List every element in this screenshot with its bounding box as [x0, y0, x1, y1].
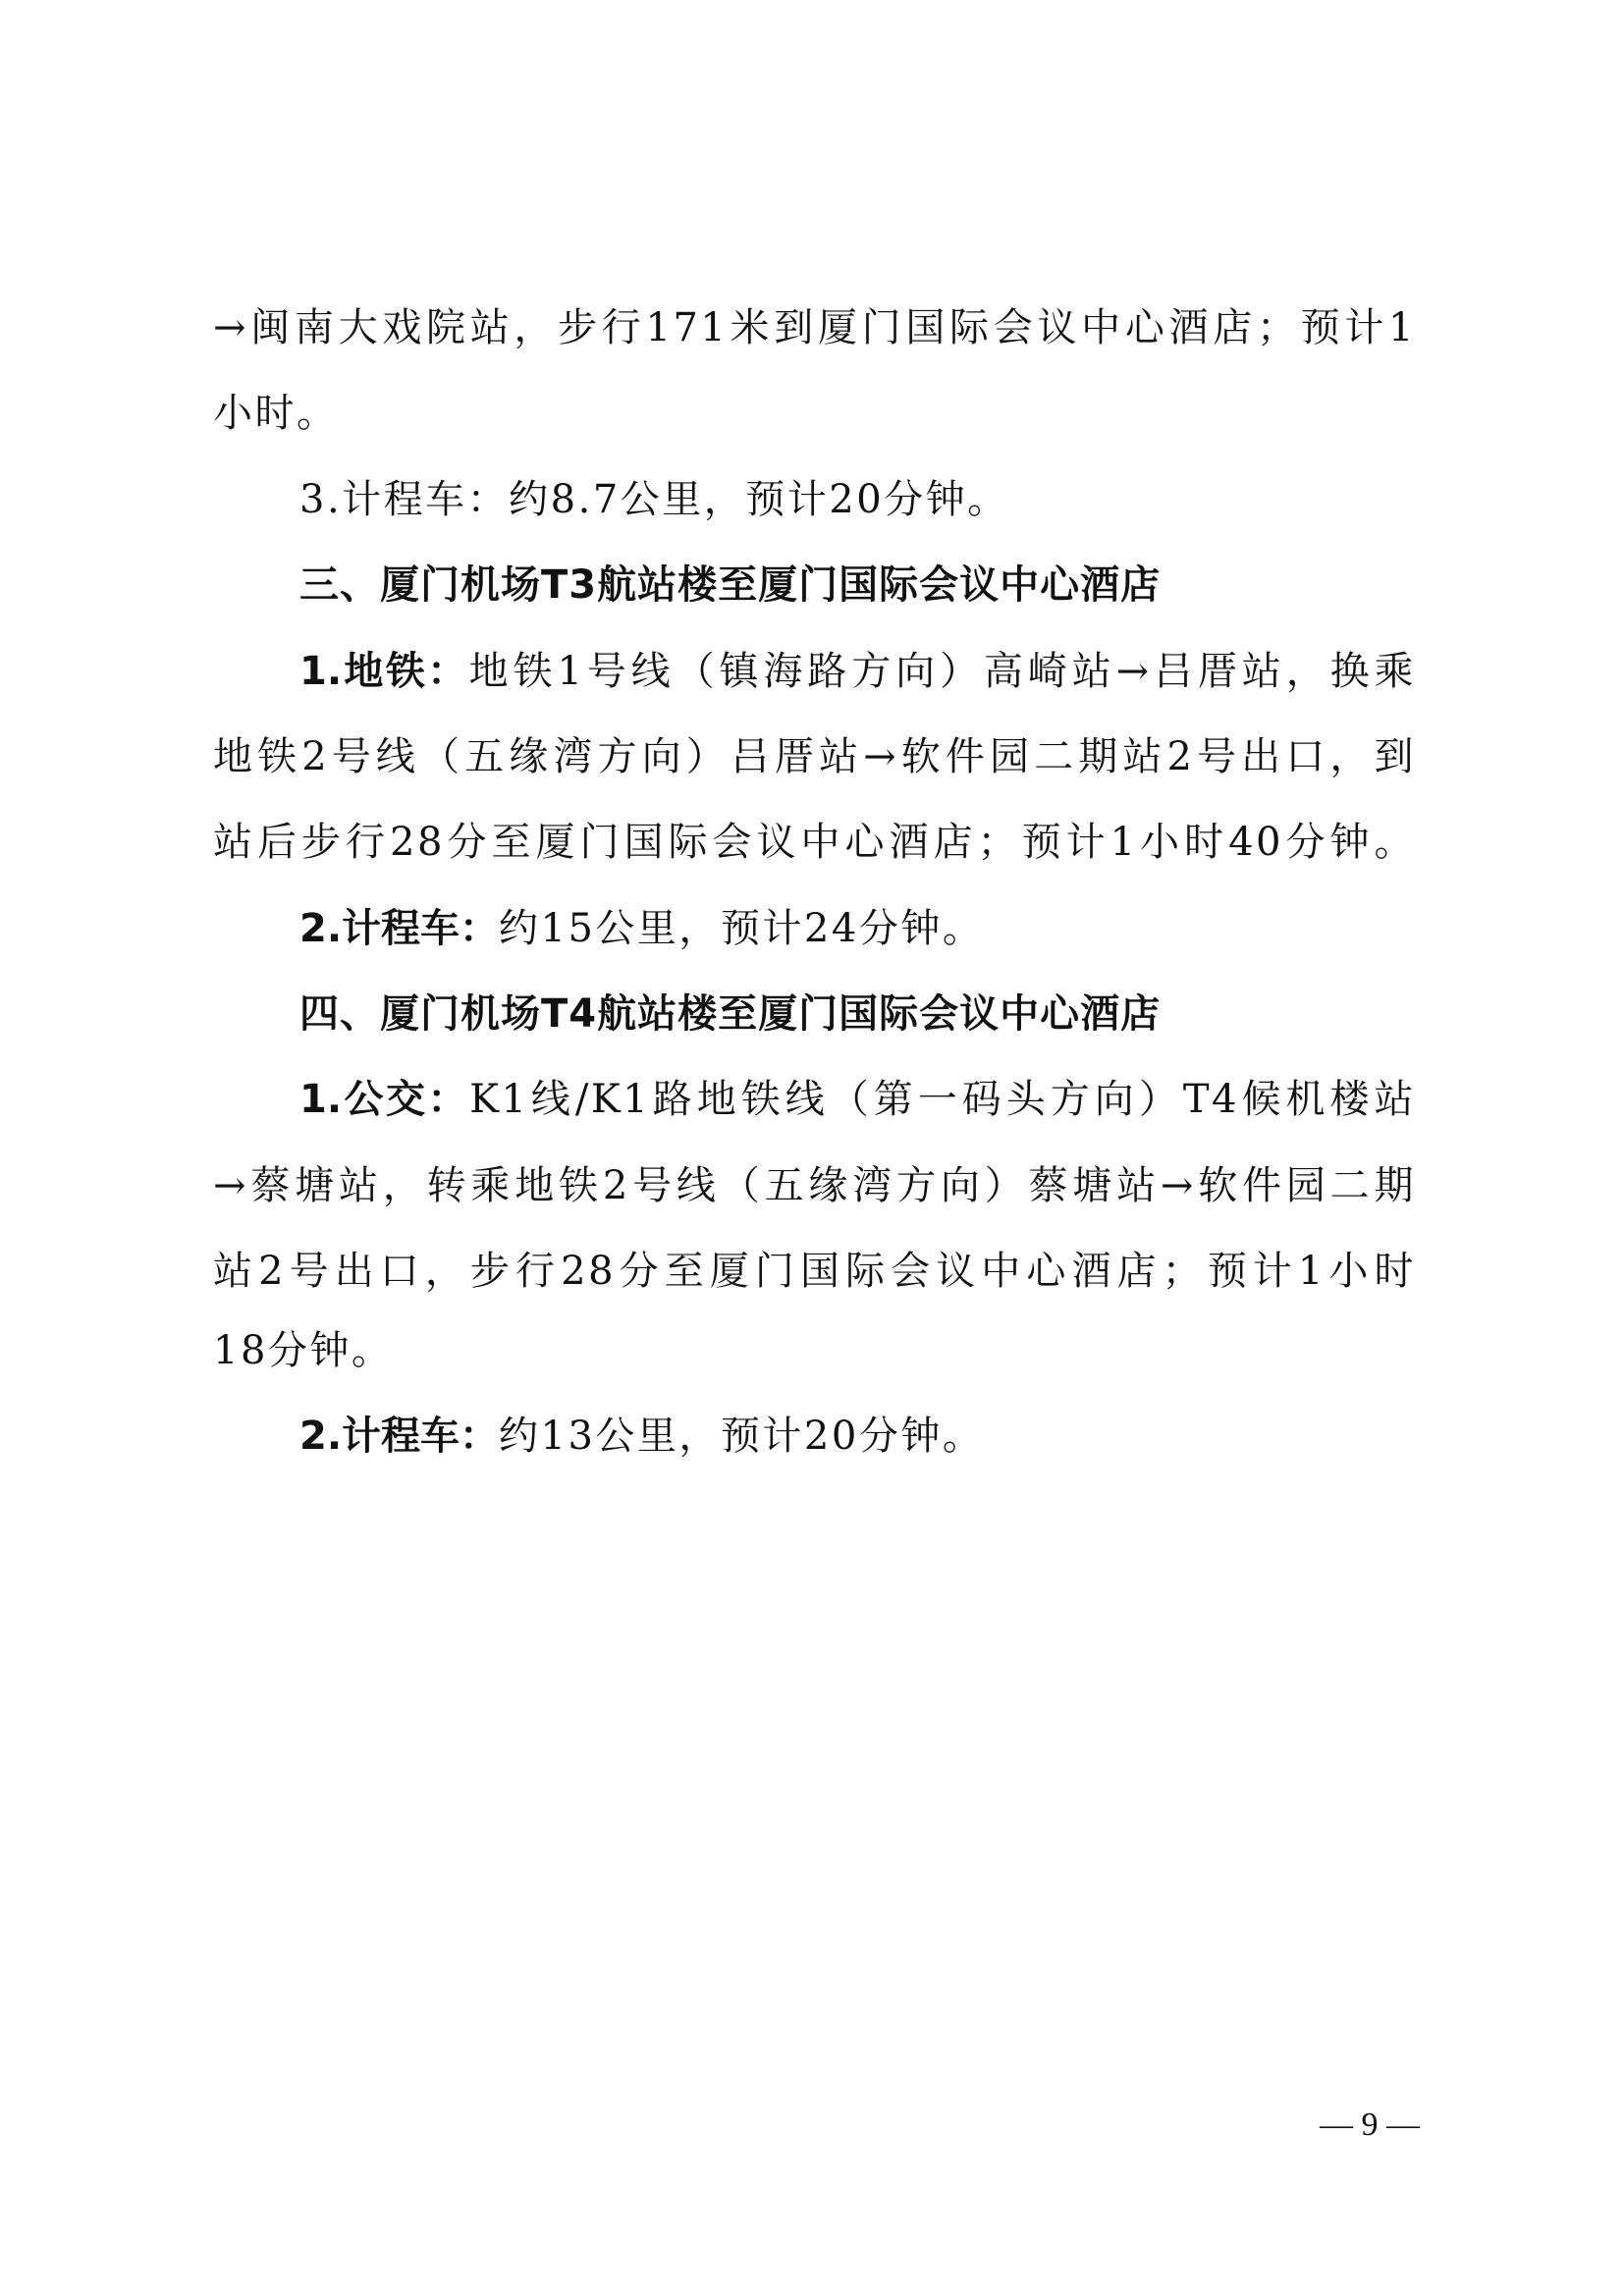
bus-item: 1.公交：K1线/K1路地铁线（第一码头方向）T4候机楼站 [299, 1070, 1416, 1129]
item-label: 2.计程车： [299, 1414, 499, 1459]
paragraph-line: 18分钟。 [213, 1321, 1416, 1380]
item-text: 约15公里，预计24分钟。 [499, 906, 984, 951]
item-label: 2.计程车： [299, 906, 499, 951]
paragraph-line: →蔡塘站，转乘地铁2号线（五缘湾方向）蔡塘站→软件园二期 [213, 1156, 1416, 1215]
metro-item: 1.地铁：地铁1号线（镇海路方向）高崎站→吕厝站，换乘 [299, 642, 1416, 701]
item-text: K1线/K1路地铁线（第一码头方向）T4候机楼站 [469, 1077, 1416, 1122]
paragraph-line: →闽南大戏院站，步行171米到厦门国际会议中心酒店；预计1 [213, 298, 1416, 357]
item-label: 1.地铁： [299, 649, 469, 694]
paragraph-line: 站后步行28分至厦门国际会议中心酒店；预计1小时40分钟。 [213, 813, 1416, 872]
item-text: 约13公里，预计20分钟。 [499, 1414, 984, 1459]
paragraph-line: 小时。 [213, 384, 1416, 443]
paragraph-line: 地铁2号线（五缘湾方向）吕厝站→软件园二期站2号出口，到 [213, 727, 1416, 786]
item-text: 约8.7公里，预计20分钟。 [509, 477, 1009, 522]
page-number: — 9 — [1316, 2101, 1424, 2150]
taxi-item: 3.计程车：约8.7公里，预计20分钟。 [299, 470, 1416, 529]
taxi-item: 2.计程车：约13公里，预计20分钟。 [299, 1407, 1416, 1466]
document-page: →闽南大戏院站，步行171米到厦门国际会议中心酒店；预计1 小时。 3.计程车：… [0, 0, 1624, 2296]
paragraph-line: 站2号出口，步行28分至厦门国际会议中心酒店；预计1小时 [213, 1242, 1416, 1301]
taxi-item: 2.计程车：约15公里，预计24分钟。 [299, 899, 1416, 958]
item-text: 地铁1号线（镇海路方向）高崎站→吕厝站，换乘 [469, 649, 1416, 694]
item-label: 3.计程车： [299, 477, 509, 522]
section-heading: 四、厦门机场T4航站楼至厦门国际会议中心酒店 [299, 985, 1416, 1043]
item-label: 1.公交： [299, 1077, 469, 1122]
section-heading: 三、厦门机场T3航站楼至厦门国际会议中心酒店 [299, 556, 1416, 614]
